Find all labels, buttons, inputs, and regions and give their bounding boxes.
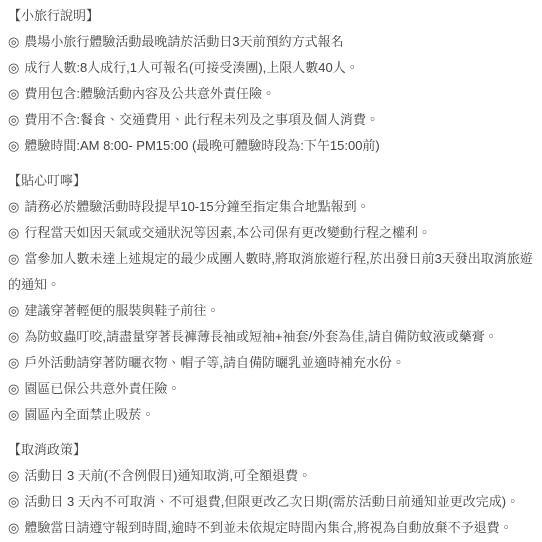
section-trip-info: 【小旅行說明】 ◎農場小旅行體驗活動最晚請於活動日3天前預約方式報名 ◎成行人數… [8,3,536,159]
section-title: 【貼心叮嚀】 [8,168,536,194]
list-item: ◎活動日 3 天內不可取消、不可退費,但限更改乙次日期(需於活動日前通知並更改完… [8,489,536,515]
list-item: ◎建議穿著輕便的服裝與鞋子前往。 [8,298,536,324]
section-title: 【取消政策】 [8,437,536,463]
section-cancellation-policy: 【取消政策】 ◎活動日 3 天前(不含例假日)通知取消,可全額退費。 ◎活動日 … [8,437,536,541]
bullet-icon: ◎ [8,520,19,535]
list-item: ◎體驗當日請遵守報到時間,逾時不到並未依規定時間內集合,將視為自動放棄不予退費。 [8,515,536,541]
bullet-icon: ◎ [8,468,19,483]
bullet-icon: ◎ [8,329,19,344]
item-text: 活動日 3 天前(不含例假日)通知取消,可全額退費。 [24,468,311,483]
bullet-icon: ◎ [8,494,19,509]
list-item: ◎活動日 3 天前(不含例假日)通知取消,可全額退費。 [8,463,536,489]
bullet-icon: ◎ [8,303,19,318]
list-item: ◎費用不含:餐食、交通費用、此行程未列及之事項及個人消費。 [8,107,536,133]
list-item: ◎行程當天如因天氣或交通狀況等因素,本公司保有更改變動行程之權利。 [8,220,536,246]
item-text: 園區已保公共意外責任險。 [24,381,180,396]
item-text: 當參加人數未達上述規定的最少成團人數時,將取消旅遊行程,於出發日前3天發出取消旅… [8,251,533,292]
list-item: ◎請務必於體驗活動時段提早10-15分鐘至指定集合地點報到。 [8,194,536,220]
list-item: ◎體驗時間:AM 8:00- PM15:00 (最晚可體驗時段為:下午15:00… [8,133,536,159]
list-item: ◎費用包含:體驗活動內容及公共意外責任險。 [8,81,536,107]
bullet-icon: ◎ [8,225,19,240]
item-text: 體驗當日請遵守報到時間,逾時不到並未依規定時間內集合,將視為自動放棄不予退費。 [24,520,512,535]
bullet-icon: ◎ [8,34,19,49]
list-item: ◎當參加人數未達上述規定的最少成團人數時,將取消旅遊行程,於出發日前3天發出取消… [8,246,536,298]
bullet-icon: ◎ [8,86,19,101]
item-text: 戶外活動請穿著防曬衣物、帽子等,請自備防曬乳並適時補充水份。 [24,355,405,370]
item-text: 活動日 3 天內不可取消、不可退費,但限更改乙次日期(需於活動日前通知並更改完成… [24,494,519,509]
section-title: 【小旅行說明】 [8,3,536,29]
item-text: 體驗時間:AM 8:00- PM15:00 (最晚可體驗時段為:下午15:00前… [24,138,379,153]
list-item: ◎園區已保公共意外責任險。 [8,376,536,402]
item-text: 建議穿著輕便的服裝與鞋子前往。 [24,303,219,318]
bullet-icon: ◎ [8,355,19,370]
document-content: 【小旅行說明】 ◎農場小旅行體驗活動最晚請於活動日3天前預約方式報名 ◎成行人數… [0,0,542,542]
bullet-icon: ◎ [8,407,19,422]
item-text: 農場小旅行體驗活動最晚請於活動日3天前預約方式報名 [24,34,343,49]
list-item: ◎農場小旅行體驗活動最晚請於活動日3天前預約方式報名 [8,29,536,55]
bullet-icon: ◎ [8,60,19,75]
item-text: 成行人數:8人成行,1人可報名(可接受湊團),上限人數40人。 [24,60,358,75]
bullet-icon: ◎ [8,199,19,214]
item-text: 費用包含:體驗活動內容及公共意外責任險。 [24,86,275,101]
item-text: 費用不含:餐食、交通費用、此行程未列及之事項及個人消費。 [24,112,379,127]
item-text: 行程當天如因天氣或交通狀況等因素,本公司保有更改變動行程之權利。 [24,225,431,240]
section-reminders: 【貼心叮嚀】 ◎請務必於體驗活動時段提早10-15分鐘至指定集合地點報到。 ◎行… [8,168,536,428]
bullet-icon: ◎ [8,138,19,153]
bullet-icon: ◎ [8,381,19,396]
item-text: 請務必於體驗活動時段提早10-15分鐘至指定集合地點報到。 [24,199,369,214]
bullet-icon: ◎ [8,251,19,266]
list-item: ◎成行人數:8人成行,1人可報名(可接受湊團),上限人數40人。 [8,55,536,81]
item-text: 為防蚊蟲叮咬,請盡量穿著長褲薄長袖或短袖+袖套/外套為佳,請自備防蚊液或藥膏。 [24,329,497,344]
bullet-icon: ◎ [8,112,19,127]
list-item: ◎園區內全面禁止吸菸。 [8,402,536,428]
list-item: ◎為防蚊蟲叮咬,請盡量穿著長褲薄長袖或短袖+袖套/外套為佳,請自備防蚊液或藥膏。 [8,324,536,350]
list-item: ◎戶外活動請穿著防曬衣物、帽子等,請自備防曬乳並適時補充水份。 [8,350,536,376]
item-text: 園區內全面禁止吸菸。 [24,407,154,422]
